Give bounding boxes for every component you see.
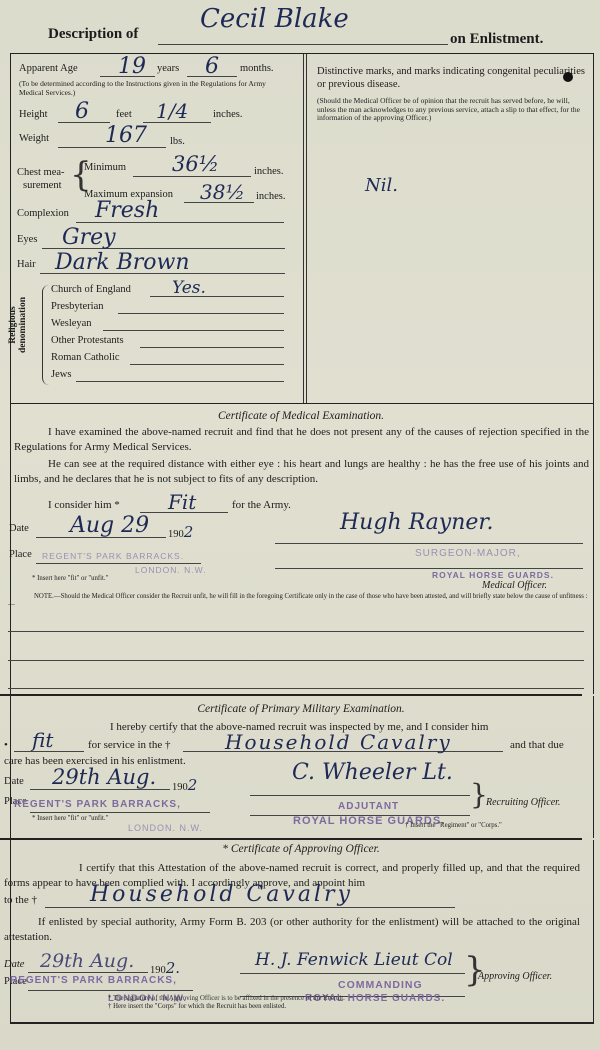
medical-officer-title: Medical Officer. (482, 580, 547, 591)
distinctive-marks-value: Nil. (365, 175, 398, 196)
height-label: Height (19, 109, 48, 120)
primary-signature-line (250, 795, 470, 796)
attestation-form-page: Description of Cecil Blake on Enlistment… (0, 0, 600, 1050)
medical-date-value: Aug 29 (70, 513, 149, 538)
medical-officer-line (275, 568, 583, 569)
religion-line (76, 381, 284, 382)
hair-label: Hair (17, 259, 36, 270)
complexion-value: Fresh (95, 198, 159, 223)
primary-officer-stamp-1: ADJUTANT (338, 801, 399, 812)
medical-officer-stamp-1: SURGEON-MAJOR, (415, 548, 521, 559)
medical-place-line (36, 563, 201, 564)
punch-hole (563, 72, 573, 82)
height-inches-value: 1/4 (156, 99, 188, 123)
approving-place-stamp-1: REGENT'S PARK BARRACKS, (10, 975, 177, 986)
religion-line (140, 347, 284, 348)
medical-year-suffix: 2 (184, 523, 194, 541)
approving-officer-stamp-1: COMMANDING (338, 979, 423, 991)
religion-label: Religious denomination (8, 285, 28, 365)
medical-signature-line (275, 543, 583, 544)
approving-date-line (28, 972, 148, 973)
consider-label: I consider him * (48, 498, 120, 513)
approving-footnote1: * The signature of the Approving Officer… (108, 995, 345, 1003)
medical-year: 1902 (168, 523, 193, 541)
distinctive-marks-heading: Distinctive marks, and marks indicating … (317, 65, 592, 91)
column-divider-2 (306, 54, 307, 404)
medical-para1: I have examined the above-named recruit … (14, 425, 589, 455)
age-note: (To be determined according to the Instr… (19, 80, 289, 97)
approving-place-line (28, 990, 193, 991)
unfitness-line-3 (8, 688, 584, 689)
unfitness-line-2 (8, 660, 584, 661)
primary-for-service: for service in the † (88, 738, 170, 753)
medical-footnote: * Insert here "fit" or "unfit." (32, 575, 108, 583)
medical-para2: He can see at the required distance with… (14, 457, 589, 487)
primary-fit-value: fit (32, 728, 53, 752)
religion-line (103, 330, 284, 331)
weight-label: Weight (19, 133, 49, 144)
approving-title: * Certificate of Approving Officer. (10, 843, 592, 855)
height-feet-value: 6 (75, 99, 89, 124)
primary-place-stamp-2: LONDON. N.W. (128, 823, 203, 833)
name-underline (158, 44, 448, 45)
approving-special: If enlisted by special authority, Army F… (4, 915, 580, 945)
primary-officer-title: Recruiting Officer. (486, 797, 560, 808)
medical-place-label: Place (9, 549, 32, 560)
chest-min-units: inches. (254, 166, 283, 177)
primary-place-stamp-1: REGENT'S PARK BARRACKS, (14, 799, 181, 810)
religion-label-item: Jews (51, 369, 71, 380)
feet-label: feet (116, 109, 132, 120)
header-label-suffix: on Enlistment. (450, 31, 543, 48)
primary-year-prefix: 190 (172, 782, 188, 793)
primary-and-due: and that due (510, 738, 564, 753)
chest-label-line2: surement (17, 179, 65, 192)
chest-min-label: Minimum (84, 162, 126, 173)
medical-officer-stamp-2: ROYAL HORSE GUARDS. (432, 570, 554, 580)
for-army: for the Army. (232, 498, 291, 513)
chest-label: Chest mea- surement (17, 166, 65, 192)
approving-officer-title: Approving Officer. (478, 971, 552, 982)
recruit-name: Cecil Blake (200, 4, 349, 34)
consider-value: Fit (168, 490, 196, 514)
eyes-value: Grey (62, 225, 116, 250)
primary-date-label: Date (4, 776, 24, 787)
approving-date-label: Date (4, 959, 24, 970)
primary-signature: C. Wheeler Lt. (292, 760, 453, 785)
weight-value: 167 (105, 123, 147, 148)
apparent-age-label: Apparent Age (19, 63, 78, 74)
approving-footnote2: † Here insert the "Corps" for which the … (108, 1003, 286, 1011)
religion-label-item: Church of England (51, 284, 131, 295)
religion-label-item: Presbyterian (51, 301, 104, 312)
approving-signature: H. J. Fenwick Lieut Col (255, 950, 453, 970)
primary-footnote1: * Insert here "fit" or "unfit." (32, 815, 108, 823)
primary-place-line (30, 812, 210, 813)
medical-note: NOTE.—Should the Medical Officer conside… (8, 593, 588, 609)
religion-label-item: Roman Catholic (51, 352, 120, 363)
religion-line (150, 296, 284, 297)
religion-label-item: Wesleyan (51, 318, 92, 329)
distinctive-marks-note: (Should the Medical Officer be of opinio… (317, 97, 587, 123)
chest-min-line (133, 176, 251, 177)
approving-corps-line (45, 907, 455, 908)
unfitness-line-1 (8, 631, 584, 632)
approving-signature-line (240, 973, 465, 974)
primary-year: 1902 (172, 776, 197, 794)
approving-corps-value: Household Cavalry (90, 882, 353, 907)
age-months-value: 6 (205, 54, 219, 79)
primary-title: Certificate of Primary Military Examinat… (10, 703, 592, 715)
chest-max-units: inches. (256, 191, 285, 202)
medical-title: Certificate of Medical Examination. (10, 410, 592, 422)
primary-date-value: 29th Aug. (52, 765, 156, 789)
header-label-prefix: Description of (48, 26, 138, 43)
primary-date-line (30, 789, 170, 790)
religion-line (118, 313, 284, 314)
chest-label-line1: Chest mea- (17, 166, 65, 179)
religion-label-line2: denomination (18, 285, 28, 365)
complexion-label: Complexion (17, 208, 69, 219)
religion-line (130, 364, 284, 365)
inches-label: inches. (213, 109, 242, 120)
chest-max-value: 38½ (200, 180, 245, 204)
religion-value: Yes. (172, 278, 206, 298)
years-label: years (157, 63, 179, 74)
religion-brace (42, 285, 49, 385)
age-years-value: 19 (118, 54, 146, 79)
religion-label-line1: Religious (8, 285, 18, 365)
eyes-label: Eyes (17, 234, 37, 245)
medical-date-label: Date (9, 523, 29, 534)
medical-signature: Hugh Rayner. (340, 510, 494, 535)
months-label: months. (240, 63, 274, 74)
medical-place-stamp-2: LONDON. N.W. (135, 565, 207, 575)
medical-place-stamp-1: REGENT'S PARK BARRACKS. (42, 551, 184, 561)
religion-label-item: Other Protestants (51, 335, 124, 346)
chest-min-value: 36½ (172, 152, 219, 176)
medical-year-prefix: 190 (168, 529, 184, 540)
hair-value: Dark Brown (55, 250, 190, 275)
column-divider (303, 54, 304, 404)
approving-date-value: 29th Aug. (40, 950, 134, 972)
primary-footnote2: † Insert the "Regiment" or "Corps." (405, 822, 502, 830)
primary-star: • (4, 738, 8, 753)
primary-year-suffix: 2 (188, 776, 198, 794)
primary-corps-value: Household Cavalry (225, 730, 452, 754)
approving-to-the: to the † (4, 893, 37, 908)
lbs-label: lbs. (170, 136, 185, 147)
